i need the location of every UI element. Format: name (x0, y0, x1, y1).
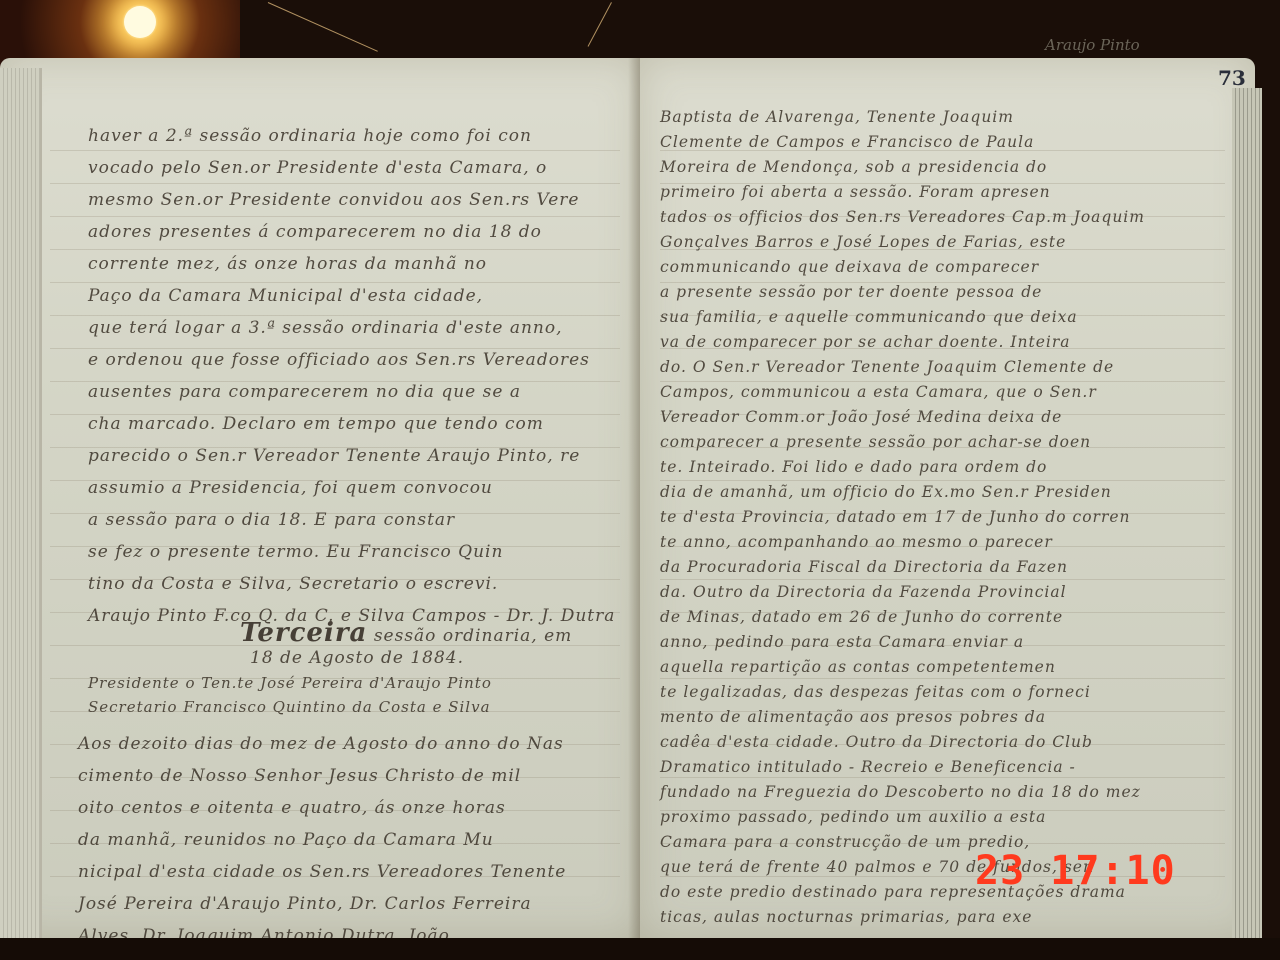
session-heading: Terceira sessão ordinaria, em (240, 618, 572, 648)
handwritten-line: ticas, aulas nocturnas primarias, para e… (660, 908, 1032, 926)
session-title: Terceira (240, 618, 367, 648)
handwritten-line: da. Outro da Directoria da Fazenda Provi… (660, 583, 1067, 601)
handwritten-line: da Procuradoria Fiscal da Directoria da … (660, 558, 1068, 576)
handwritten-line: Clemente de Campos e Francisco de Paula (660, 133, 1034, 151)
table-surface (0, 938, 1280, 960)
handwritten-line: sua familia, e aquelle communicando que … (660, 308, 1078, 326)
page-header-note: Araujo Pinto (1045, 36, 1140, 54)
page-number: 73 (1218, 66, 1246, 90)
handwritten-line: Campos, communicou a esta Camara, que o … (660, 383, 1097, 401)
handwritten-line: vocado pelo Sen.or Presidente d'esta Cam… (88, 158, 547, 178)
handwritten-line: parecido o Sen.r Vereador Tenente Araujo… (88, 446, 580, 466)
handwritten-line: cha marcado. Declaro em tempo que tendo … (88, 414, 544, 434)
handwritten-line: da manhã, reunidos no Paço da Camara Mu (78, 830, 494, 850)
session-secretary: Secretario Francisco Quintino da Costa e… (88, 698, 491, 716)
session-date: 18 de Agosto de 1884. (250, 648, 464, 668)
page-edges-left (0, 68, 42, 938)
handwritten-line: cadêa d'esta cidade. Outro da Directoria… (660, 733, 1093, 751)
handwritten-line: assumio a Presidencia, foi quem convocou (88, 478, 493, 498)
handwritten-line: aquella repartição as contas competentem… (660, 658, 1056, 676)
handwritten-line: dia de amanhã, um officio do Ex.mo Sen.r… (660, 483, 1112, 501)
handwritten-line: Baptista de Alvarenga, Tenente Joaquim (660, 108, 1014, 126)
handwritten-line: haver a 2.ª sessão ordinaria hoje como f… (88, 126, 532, 146)
camera-timestamp-overlay: 23 17:10 (975, 848, 1176, 894)
handwritten-line: te anno, acompanhando ao mesmo o parecer (660, 533, 1053, 551)
left-page: haver a 2.ª sessão ordinaria hoje como f… (0, 58, 640, 938)
handwritten-line: ausentes para comparecerem no dia que se… (88, 382, 521, 402)
handwritten-line: adores presentes á comparecerem no dia 1… (88, 222, 542, 242)
handwritten-line: mento de alimentação aos presos pobres d… (660, 708, 1046, 726)
handwritten-line: Gonçalves Barros e José Lopes de Farias,… (660, 233, 1066, 251)
ceiling-lamp (124, 6, 156, 38)
handwritten-line: do. O Sen.r Vereador Tenente Joaquim Cle… (660, 358, 1114, 376)
handwritten-line: que terá logar a 3.ª sessão ordinaria d'… (88, 318, 563, 338)
handwritten-line: corrente mez, ás onze horas da manhã no (88, 254, 487, 274)
handwritten-line: nicipal d'esta cidade os Sen.rs Vereador… (78, 862, 566, 882)
session-title-rest: sessão ordinaria, em (374, 626, 572, 646)
session-president: Presidente o Ten.te José Pereira d'Arauj… (88, 674, 492, 692)
handwritten-line: Aos dezoito dias do mez de Agosto do ann… (78, 734, 564, 754)
handwritten-line: communicando que deixava de comparecer (660, 258, 1039, 276)
handwritten-line: Vereador Comm.or João José Medina deixa … (660, 408, 1062, 426)
handwritten-line: oito centos e oitenta e quatro, ás onze … (78, 798, 506, 818)
handwritten-line: Paço da Camara Municipal d'esta cidade, (88, 286, 483, 306)
handwritten-line: tados os officios dos Sen.rs Vereadores … (660, 208, 1145, 226)
hanging-thread (588, 2, 612, 47)
handwritten-line: va de comparecer por se achar doente. In… (660, 333, 1071, 351)
handwritten-line: de Minas, datado em 26 de Junho do corre… (660, 608, 1063, 626)
handwritten-line: primeiro foi aberta a sessão. Foram apre… (660, 183, 1051, 201)
handwritten-line: a presente sessão por ter doente pessoa … (660, 283, 1042, 301)
handwritten-line: Moreira de Mendonça, sob a presidencia d… (660, 158, 1047, 176)
handwritten-line: te d'esta Provincia, datado em 17 de Jun… (660, 508, 1131, 526)
handwritten-line: Dramatico intitulado - Recreio e Benefic… (660, 758, 1076, 776)
handwritten-line: te legalizadas, das despezas feitas com … (660, 683, 1091, 701)
handwritten-line: te. Inteirado. Foi lido e dado para orde… (660, 458, 1047, 476)
handwritten-line: fundado na Freguezia do Descoberto no di… (660, 783, 1141, 801)
handwritten-line: comparecer a presente sessão por achar-s… (660, 433, 1091, 451)
handwritten-line: e ordenou que fosse officiado aos Sen.rs… (88, 350, 590, 370)
open-ledger: haver a 2.ª sessão ordinaria hoje como f… (0, 58, 1262, 938)
handwritten-line: a sessão para o dia 18. E para constar (88, 510, 455, 530)
handwritten-line: mesmo Sen.or Presidente convidou aos Sen… (88, 190, 579, 210)
page-edges-right (1232, 88, 1262, 948)
handwritten-line: se fez o presente termo. Eu Francisco Qu… (88, 542, 503, 562)
handwritten-line: anno, pedindo para esta Camara enviar a (660, 633, 1024, 651)
hanging-thread (268, 2, 378, 52)
handwritten-line: tino da Costa e Silva, Secretario o escr… (88, 574, 498, 594)
handwritten-line: cimento de Nosso Senhor Jesus Christo de… (78, 766, 521, 786)
handwritten-line: José Pereira d'Araujo Pinto, Dr. Carlos … (78, 894, 532, 914)
right-page: Baptista de Alvarenga, Tenente Joaquim C… (640, 58, 1255, 938)
handwritten-line: proximo passado, pedindo um auxilio a es… (660, 808, 1046, 826)
